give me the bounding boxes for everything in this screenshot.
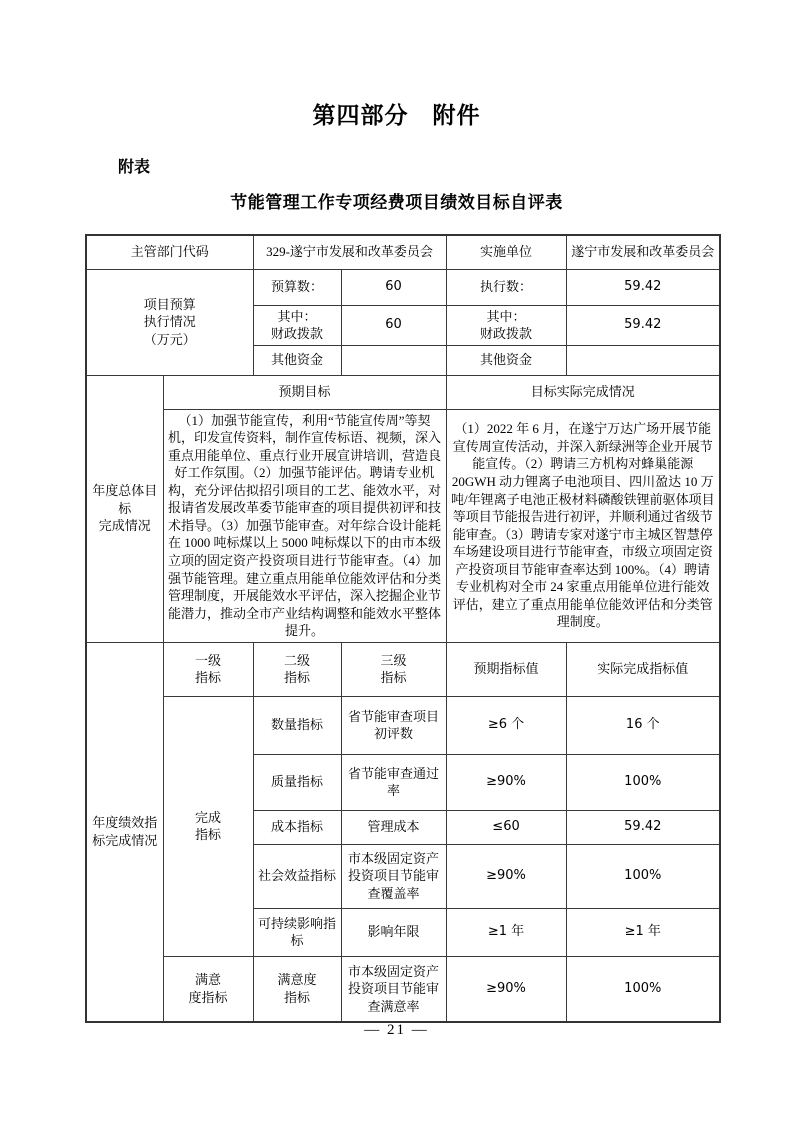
- header-actual: 实际完成指标值: [566, 642, 720, 696]
- actual-sustain: ≥1 年: [566, 908, 720, 956]
- table-title: 节能管理工作专项经费项目绩效目标自评表: [0, 188, 793, 213]
- budget-fiscal-value-right: 59.42: [566, 305, 720, 345]
- budget-other-value-right: [566, 345, 720, 375]
- budget-other-value-left: [341, 345, 446, 375]
- dept-code-label: 主管部门代码: [86, 235, 253, 269]
- budget-planned-label: 预算数：: [253, 269, 341, 305]
- table-row: 项目预算 执行情况 （万元） 预算数： 60 执行数： 59.42: [86, 269, 720, 305]
- attachment-label: 附表: [118, 154, 793, 177]
- header-l3: 三级 指标: [341, 642, 446, 696]
- l2-social: 社会效益指标: [253, 844, 341, 908]
- actual-cost: 59.42: [566, 810, 720, 844]
- budget-row-label: 项目预算 执行情况 （万元）: [86, 269, 253, 375]
- indicators-row-label: 年度绩效指 标完成情况: [86, 642, 163, 1022]
- goal-expected-text: （1）加强节能宣传，利用“节能宣传周”等契机，印发宣传资料，制作宣传标语、视频，…: [163, 409, 446, 642]
- impl-unit-label: 实施单位: [446, 235, 566, 269]
- header-expected: 预期指标值: [446, 642, 566, 696]
- l2-cost: 成本指标: [253, 810, 341, 844]
- table-row: 年度总体目 标 完成情况 预期目标 目标实际完成情况: [86, 375, 720, 409]
- budget-fiscal-label-left: 其中： 财政拨款: [253, 305, 341, 345]
- goal-expected-header: 预期目标: [163, 375, 446, 409]
- header-l2: 二级 指标: [253, 642, 341, 696]
- goal-actual-header: 目标实际完成情况: [446, 375, 720, 409]
- budget-fiscal-value-left: 60: [341, 305, 446, 345]
- goal-actual-text: （1）2022 年 6 月，在遂宁万达广场开展节能宣传周宣传活动，并深入新绿洲等…: [446, 409, 720, 642]
- table-row: 满意 度指标 满意度 指标 市本级固定资产投资项目节能审查满意率 ≥90% 10…: [86, 956, 720, 1022]
- expected-cost: ≤60: [446, 810, 566, 844]
- expected-social: ≥90%: [446, 844, 566, 908]
- impl-unit-value: 遂宁市发展和改革委员会: [566, 235, 720, 269]
- budget-fiscal-label-right: 其中： 财政拨款: [446, 305, 566, 345]
- l3-social: 市本级固定资产投资项目节能审查覆盖率: [341, 844, 446, 908]
- table-row: 主管部门代码 329-遂宁市发展和改革委员会 实施单位 遂宁市发展和改革委员会: [86, 235, 720, 269]
- l2-quality: 质量指标: [253, 754, 341, 810]
- budget-executed-value: 59.42: [566, 269, 720, 305]
- budget-executed-label: 执行数：: [446, 269, 566, 305]
- l3-quantity: 省节能审查项目初评数: [341, 696, 446, 754]
- self-evaluation-table: 主管部门代码 329-遂宁市发展和改革委员会 实施单位 遂宁市发展和改革委员会 …: [85, 234, 721, 1023]
- l1-satisfaction-label: 满意 度指标: [163, 956, 253, 1022]
- document-page: 第四部分 附件 附表 节能管理工作专项经费项目绩效目标自评表 主管部门代码 32…: [0, 0, 793, 1122]
- l3-satisfaction: 市本级固定资产投资项目节能审查满意率: [341, 956, 446, 1022]
- page-number: — 21 —: [0, 1022, 793, 1039]
- expected-satisfaction: ≥90%: [446, 956, 566, 1022]
- expected-quality: ≥90%: [446, 754, 566, 810]
- actual-quantity: 16 个: [566, 696, 720, 754]
- header-l1: 一级 指标: [163, 642, 253, 696]
- expected-sustain: ≥1 年: [446, 908, 566, 956]
- expected-quantity: ≥6 个: [446, 696, 566, 754]
- budget-planned-value: 60: [341, 269, 446, 305]
- goal-row-label: 年度总体目 标 完成情况: [86, 375, 163, 642]
- l3-cost: 管理成本: [341, 810, 446, 844]
- actual-social: 100%: [566, 844, 720, 908]
- budget-other-label-left: 其他资金: [253, 345, 341, 375]
- l3-quality: 省节能审查通过率: [341, 754, 446, 810]
- actual-satisfaction: 100%: [566, 956, 720, 1022]
- l2-satisfaction: 满意度 指标: [253, 956, 341, 1022]
- l2-sustain: 可持续影响指标: [253, 908, 341, 956]
- table-row: 完成 指标 数量指标 省节能审查项目初评数 ≥6 个 16 个: [86, 696, 720, 754]
- table-row: （1）加强节能宣传，利用“节能宣传周”等契机，印发宣传资料，制作宣传标语、视频，…: [86, 409, 720, 642]
- budget-other-label-right: 其他资金: [446, 345, 566, 375]
- table-row: 年度绩效指 标完成情况 一级 指标 二级 指标 三级 指标 预期指标值 实际完成…: [86, 642, 720, 696]
- l1-completion-label: 完成 指标: [163, 696, 253, 956]
- l3-sustain: 影响年限: [341, 908, 446, 956]
- dept-code-value: 329-遂宁市发展和改革委员会: [253, 235, 446, 269]
- section-title: 第四部分 附件: [0, 0, 793, 130]
- actual-quality: 100%: [566, 754, 720, 810]
- l2-quantity: 数量指标: [253, 696, 341, 754]
